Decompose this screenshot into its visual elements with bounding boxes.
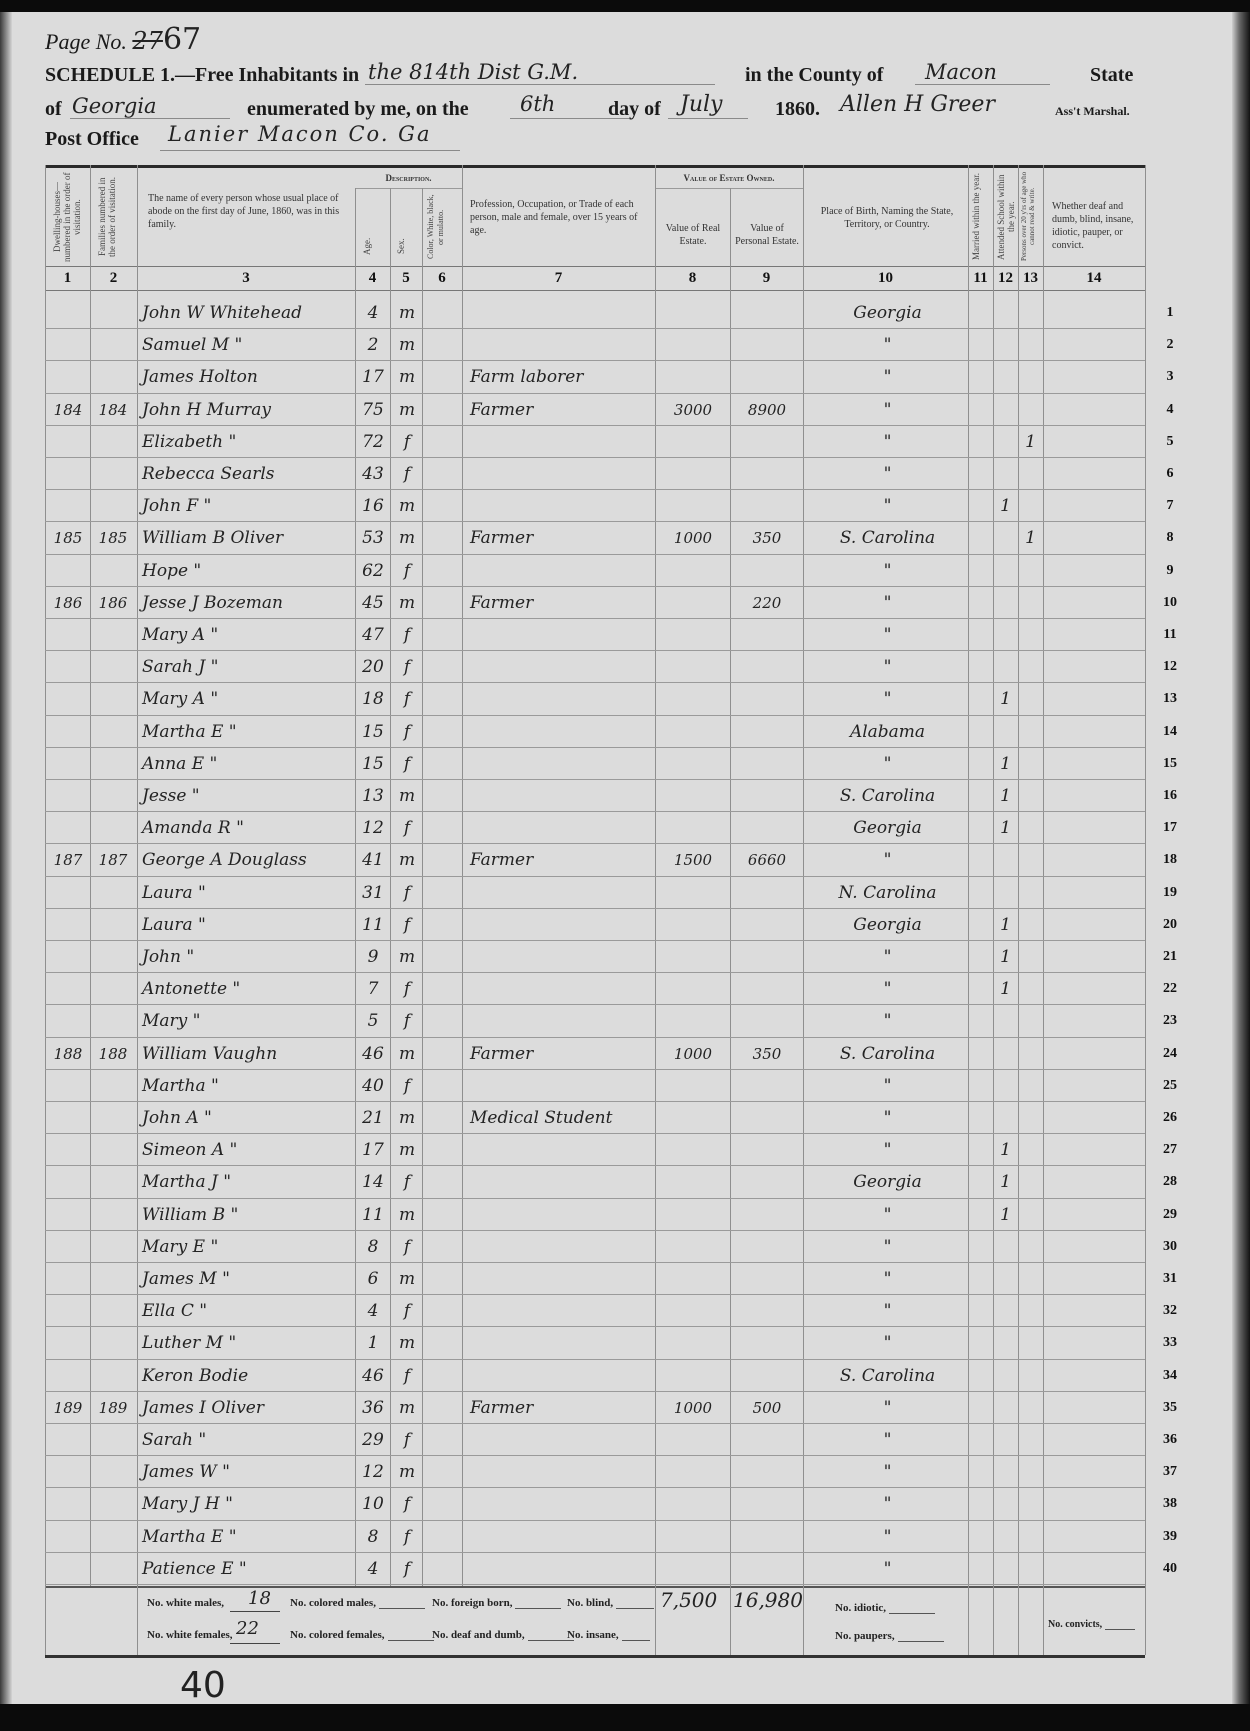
col3-header: The name of every person whose usual pla… [148, 192, 348, 231]
real-estate-total: 7,500 [660, 1588, 717, 1612]
school-mark: 1 [993, 1204, 1018, 1226]
real-estate-value: 1500 [658, 849, 728, 871]
row-rule [45, 328, 1145, 329]
sex: m [392, 1268, 422, 1290]
sex: m [392, 495, 422, 517]
age: 15 [356, 721, 390, 743]
colnum-13: 13 [1018, 270, 1043, 287]
col11-header: Married within the year. [971, 172, 991, 262]
table-bottom-rule [45, 1655, 1145, 1658]
state-value: Georgia [72, 94, 157, 118]
birthplace: Georgia [810, 302, 965, 324]
age: 11 [356, 1204, 390, 1226]
age: 45 [356, 592, 390, 614]
row-rule [45, 940, 1145, 941]
age: 1 [356, 1332, 390, 1354]
person-name: Patience E " [142, 1558, 357, 1580]
colnum-10: 10 [803, 270, 968, 287]
col-line [655, 165, 656, 1655]
birthplace: " [810, 366, 965, 388]
colnum-2: 2 [90, 270, 137, 287]
sex: f [392, 882, 422, 904]
description-group-rule [355, 188, 462, 189]
illiterate-mark: 1 [1018, 431, 1043, 453]
row-rule [45, 779, 1145, 780]
person-name: William B " [142, 1204, 357, 1226]
colnum-1: 1 [45, 270, 90, 287]
page-number-line: Page No. 2767 [45, 22, 201, 57]
birthplace: " [810, 1493, 965, 1515]
person-name: Jesse J Bozeman [142, 592, 357, 614]
line-number: 3 [1150, 369, 1190, 385]
real-estate-value: 1000 [658, 1043, 728, 1065]
person-name: Martha E " [142, 721, 357, 743]
month-underline [668, 118, 748, 119]
person-name: James W " [142, 1461, 357, 1483]
page-no-struck: 27 [132, 27, 163, 55]
age: 53 [356, 527, 390, 549]
birthplace: " [810, 1236, 965, 1258]
age: 4 [356, 302, 390, 324]
person-name: Mary E " [142, 1236, 357, 1258]
sex: f [392, 753, 422, 775]
colnum-bottom-rule [45, 290, 1145, 291]
personal-estate-value: 6660 [733, 849, 801, 871]
personal-estate-value: 350 [733, 527, 801, 549]
school-mark: 1 [993, 978, 1018, 1000]
white-males-label: No. white males, [147, 1597, 224, 1609]
sex: f [392, 1493, 422, 1515]
col-line [390, 188, 391, 1586]
sex: m [392, 1204, 422, 1226]
post-office-label: Post Office [45, 128, 139, 151]
age: 75 [356, 399, 390, 421]
line-number: 12 [1150, 659, 1190, 675]
insane-label: No. insane, [567, 1629, 650, 1641]
line-number: 11 [1150, 627, 1190, 643]
line-number: 39 [1150, 1529, 1190, 1545]
occupation: Farmer [470, 399, 655, 421]
colnum-14: 14 [1043, 270, 1145, 287]
sex: m [392, 1107, 422, 1129]
col4-header: Age. [362, 230, 382, 262]
birthplace: " [810, 1558, 965, 1580]
age: 46 [356, 1043, 390, 1065]
row-rule [45, 1101, 1145, 1102]
occupation: Medical Student [470, 1107, 655, 1129]
sex: f [392, 1075, 422, 1097]
age: 12 [356, 817, 390, 839]
row-rule [45, 1294, 1145, 1295]
sex: m [392, 849, 422, 871]
page-no: 67 [163, 22, 201, 57]
line-number: 33 [1150, 1335, 1190, 1351]
col6-header: Color, White, black, or mulatto. [426, 192, 458, 262]
line-number: 13 [1150, 691, 1190, 707]
schedule-title: SCHEDULE 1.—Free Inhabitants in [45, 64, 359, 87]
birthplace: " [810, 1204, 965, 1226]
row-rule [45, 393, 1145, 394]
personal-estate-value: 350 [733, 1043, 801, 1065]
sex: m [392, 592, 422, 614]
birthplace: " [810, 1300, 965, 1322]
birthplace: " [810, 1526, 965, 1548]
sex: f [392, 978, 422, 1000]
county-value: Macon [925, 60, 997, 84]
sex: f [392, 817, 422, 839]
colnum-8: 8 [655, 270, 730, 287]
occupation: Farm laborer [470, 366, 655, 388]
row-rule [45, 1423, 1145, 1424]
row-rule [45, 1487, 1145, 1488]
dwelling-number: 185 [48, 527, 88, 549]
colored-females-label: No. colored females, [290, 1629, 434, 1641]
col12-header: Attended School within the year. [996, 172, 1016, 262]
state-underline [70, 118, 230, 119]
sex: f [392, 463, 422, 485]
occupation: Farmer [470, 592, 655, 614]
age: 36 [356, 1397, 390, 1419]
birthplace: " [810, 495, 965, 517]
family-number: 184 [92, 399, 134, 421]
school-mark: 1 [993, 914, 1018, 936]
person-name: Elizabeth " [142, 431, 357, 453]
line-number: 5 [1150, 434, 1190, 450]
person-name: John H Murray [142, 399, 357, 421]
birthplace: " [810, 688, 965, 710]
month-value: July [680, 92, 722, 117]
line-number: 1 [1150, 305, 1190, 321]
school-mark: 1 [993, 1171, 1018, 1193]
line-number: 31 [1150, 1271, 1190, 1287]
row-rule [45, 1230, 1145, 1231]
row-rule [45, 1552, 1145, 1553]
birthplace: " [810, 1268, 965, 1290]
sex: f [392, 721, 422, 743]
row-rule [45, 554, 1145, 555]
line-number: 19 [1150, 885, 1190, 901]
row-rule [45, 1198, 1145, 1199]
sex: m [392, 1461, 422, 1483]
line-number: 17 [1150, 820, 1190, 836]
rows-bottom-rule [45, 1586, 1145, 1588]
line-number: 15 [1150, 756, 1190, 772]
age: 13 [356, 785, 390, 807]
occupation: Farmer [470, 1043, 655, 1065]
line-number: 28 [1150, 1174, 1190, 1190]
birthplace: " [810, 1429, 965, 1451]
colored-males-label: No. colored males, [290, 1597, 425, 1609]
birthplace: " [810, 560, 965, 582]
person-name: Laura " [142, 914, 357, 936]
school-mark: 1 [993, 1139, 1018, 1161]
sex: m [392, 527, 422, 549]
age: 14 [356, 1171, 390, 1193]
line-number: 37 [1150, 1464, 1190, 1480]
enumerated-label: enumerated by me, on the [247, 98, 469, 121]
sex: f [392, 560, 422, 582]
person-name: James M " [142, 1268, 357, 1290]
dwelling-number: 189 [48, 1397, 88, 1419]
person-name: Martha J " [142, 1171, 357, 1193]
personal-estate-value: 8900 [733, 399, 801, 421]
sex: f [392, 624, 422, 646]
row-rule [45, 618, 1145, 619]
line-number: 14 [1150, 724, 1190, 740]
person-name: James Holton [142, 366, 357, 388]
line-number: 8 [1150, 530, 1190, 546]
sex: m [392, 785, 422, 807]
col-line [137, 165, 138, 1655]
personal-estate-value: 500 [733, 1397, 801, 1419]
post-office-value: Lanier Macon Co. Ga [168, 122, 431, 146]
col8-header: Value of Real Estate. [658, 222, 728, 248]
occupation: Farmer [470, 1397, 655, 1419]
sex: f [392, 914, 422, 936]
person-name: Ella C " [142, 1300, 357, 1322]
person-name: Mary A " [142, 624, 357, 646]
white-males-value: 18 [248, 1588, 271, 1609]
line-number: 6 [1150, 466, 1190, 482]
birthplace: S. Carolina [810, 527, 965, 549]
birthplace: " [810, 431, 965, 453]
col1-header: Dwelling-houses—numbered in the order of… [52, 172, 84, 262]
age: 62 [356, 560, 390, 582]
birthplace: " [810, 399, 965, 421]
row-rule [45, 843, 1145, 844]
colnum-3: 3 [137, 270, 355, 287]
illiterate-mark: 1 [1018, 527, 1043, 549]
sex: m [392, 399, 422, 421]
row-rule [45, 1326, 1145, 1327]
real-estate-value: 3000 [658, 399, 728, 421]
age: 11 [356, 914, 390, 936]
birthplace: " [810, 849, 965, 871]
foreign-born-label: No. foreign born, [432, 1597, 561, 1609]
sex: m [392, 1043, 422, 1065]
person-name: Luther M " [142, 1332, 357, 1354]
birthplace: S. Carolina [810, 785, 965, 807]
sex: f [392, 1558, 422, 1580]
person-name: Mary A " [142, 688, 357, 710]
row-rule [45, 876, 1145, 877]
page-edge-right [1232, 12, 1250, 1704]
line-number: 7 [1150, 498, 1190, 514]
line-number: 35 [1150, 1400, 1190, 1416]
colnum-11: 11 [968, 270, 993, 287]
line-number: 32 [1150, 1303, 1190, 1319]
row-rule [45, 521, 1145, 522]
person-name: John F " [142, 495, 357, 517]
dwelling-number: 188 [48, 1043, 88, 1065]
district-value: the 814th Dist G.M. [368, 60, 578, 84]
idiotic-label: No. idiotic, [835, 1602, 935, 1614]
school-mark: 1 [993, 753, 1018, 775]
person-name: Samuel M " [142, 334, 357, 356]
age: 17 [356, 366, 390, 388]
age: 4 [356, 1300, 390, 1322]
age: 4 [356, 1558, 390, 1580]
colnum-7: 7 [462, 270, 655, 287]
marshal-name: Allen H Greer [840, 92, 995, 117]
colnum-6: 6 [422, 270, 462, 287]
sex: f [392, 1429, 422, 1451]
person-name: Hope " [142, 560, 357, 582]
person-name: Keron Bodie [142, 1365, 357, 1387]
age: 5 [356, 1010, 390, 1032]
birthplace: Georgia [810, 914, 965, 936]
person-name: William B Oliver [142, 527, 357, 549]
row-rule [45, 972, 1145, 973]
family-number: 186 [92, 592, 134, 614]
col-line [45, 165, 46, 1655]
row-rule [45, 1391, 1145, 1392]
col7-header: Profession, Occupation, or Trade of each… [470, 198, 650, 237]
row-rule [45, 425, 1145, 426]
col2-header: Families numbered in the order of visita… [97, 172, 129, 262]
page-edge-left [0, 12, 12, 1704]
of-label: of [45, 98, 62, 121]
line-number: 18 [1150, 852, 1190, 868]
header-bottom-rule [45, 266, 1145, 267]
real-estate-value: 1000 [658, 1397, 728, 1419]
county-label: in the County of [745, 64, 883, 87]
person-name: Amanda R " [142, 817, 357, 839]
age: 17 [356, 1139, 390, 1161]
line-number: 23 [1150, 1013, 1190, 1029]
line-number: 2 [1150, 337, 1190, 353]
birthplace: Georgia [810, 1171, 965, 1193]
sex: f [392, 1365, 422, 1387]
row-rule [45, 1262, 1145, 1263]
age: 2 [356, 334, 390, 356]
person-name: William Vaughn [142, 1043, 357, 1065]
birthplace: " [810, 1010, 965, 1032]
dwelling-number: 186 [48, 592, 88, 614]
school-mark: 1 [993, 688, 1018, 710]
line-number: 21 [1150, 949, 1190, 965]
page-total-count: 40 [180, 1665, 226, 1706]
row-rule [45, 650, 1145, 651]
row-rule [45, 1520, 1145, 1521]
family-number: 185 [92, 527, 134, 549]
person-name: John A " [142, 1107, 357, 1129]
school-mark: 1 [993, 785, 1018, 807]
sex: f [392, 1526, 422, 1548]
row-rule [45, 1165, 1145, 1166]
dwelling-number: 187 [48, 849, 88, 871]
person-name: Simeon A " [142, 1139, 357, 1161]
line-number: 30 [1150, 1239, 1190, 1255]
occupation: Farmer [470, 527, 655, 549]
line-number: 38 [1150, 1496, 1190, 1512]
age: 46 [356, 1365, 390, 1387]
birthplace: S. Carolina [810, 1043, 965, 1065]
real-estate-value: 1000 [658, 527, 728, 549]
age: 7 [356, 978, 390, 1000]
state-label: State [1090, 64, 1133, 87]
col5-header: Sex. [396, 230, 416, 262]
line-number: 29 [1150, 1207, 1190, 1223]
sex: f [392, 431, 422, 453]
colnum-5: 5 [390, 270, 422, 287]
row-rule [45, 586, 1145, 587]
white-females-underline [230, 1643, 280, 1644]
birthplace: " [810, 1075, 965, 1097]
line-number: 22 [1150, 981, 1190, 997]
person-name: Laura " [142, 882, 357, 904]
birthplace: " [810, 1107, 965, 1129]
line-number: 26 [1150, 1110, 1190, 1126]
line-number: 10 [1150, 595, 1190, 611]
year-label: 1860. [775, 98, 820, 121]
age: 41 [356, 849, 390, 871]
col-line [1018, 165, 1019, 1655]
sex: m [392, 366, 422, 388]
estate-group-header: Value of Estate Owned. [655, 172, 803, 185]
family-number: 188 [92, 1043, 134, 1065]
occupation: Farmer [470, 849, 655, 871]
sex: m [392, 1397, 422, 1419]
marshal-label: Ass't Marshal. [1055, 104, 1130, 119]
person-name: Martha E " [142, 1526, 357, 1548]
person-name: Mary " [142, 1010, 357, 1032]
dwelling-number: 184 [48, 399, 88, 421]
birthplace: " [810, 656, 965, 678]
district-underline [365, 84, 715, 85]
row-rule [45, 1133, 1145, 1134]
personal-estate-value: 220 [733, 592, 801, 614]
birthplace: " [810, 978, 965, 1000]
row-rule [45, 908, 1145, 909]
school-mark: 1 [993, 817, 1018, 839]
age: 15 [356, 753, 390, 775]
birthplace: " [810, 1332, 965, 1354]
sex: m [392, 334, 422, 356]
birthplace: Georgia [810, 817, 965, 839]
white-females-label: No. white females, [147, 1629, 233, 1641]
person-name: James I Oliver [142, 1397, 357, 1419]
line-number: 27 [1150, 1142, 1190, 1158]
sex: f [392, 1236, 422, 1258]
line-number: 34 [1150, 1368, 1190, 1384]
birthplace: " [810, 753, 965, 775]
sex: f [392, 1010, 422, 1032]
sex: m [392, 1332, 422, 1354]
row-rule [45, 360, 1145, 361]
birthplace: S. Carolina [810, 1365, 965, 1387]
row-rule [45, 1584, 1145, 1585]
day-value: 6th [520, 92, 555, 116]
person-name: Martha " [142, 1075, 357, 1097]
person-name: Sarah " [142, 1429, 357, 1451]
post-office-underline [160, 150, 460, 151]
person-name: Antonette " [142, 978, 357, 1000]
row-rule [45, 811, 1145, 812]
day-of-label: day of [608, 98, 661, 121]
birthplace: " [810, 946, 965, 968]
col-line [422, 188, 423, 1586]
line-number: 25 [1150, 1078, 1190, 1094]
description-group-header: Description. [355, 172, 462, 185]
age: 43 [356, 463, 390, 485]
family-number: 187 [92, 849, 134, 871]
row-rule [45, 457, 1145, 458]
col10-header: Place of Birth, Naming the State, Territ… [812, 205, 962, 231]
person-name: Sarah J " [142, 656, 357, 678]
age: 20 [356, 656, 390, 678]
person-name: Jesse " [142, 785, 357, 807]
